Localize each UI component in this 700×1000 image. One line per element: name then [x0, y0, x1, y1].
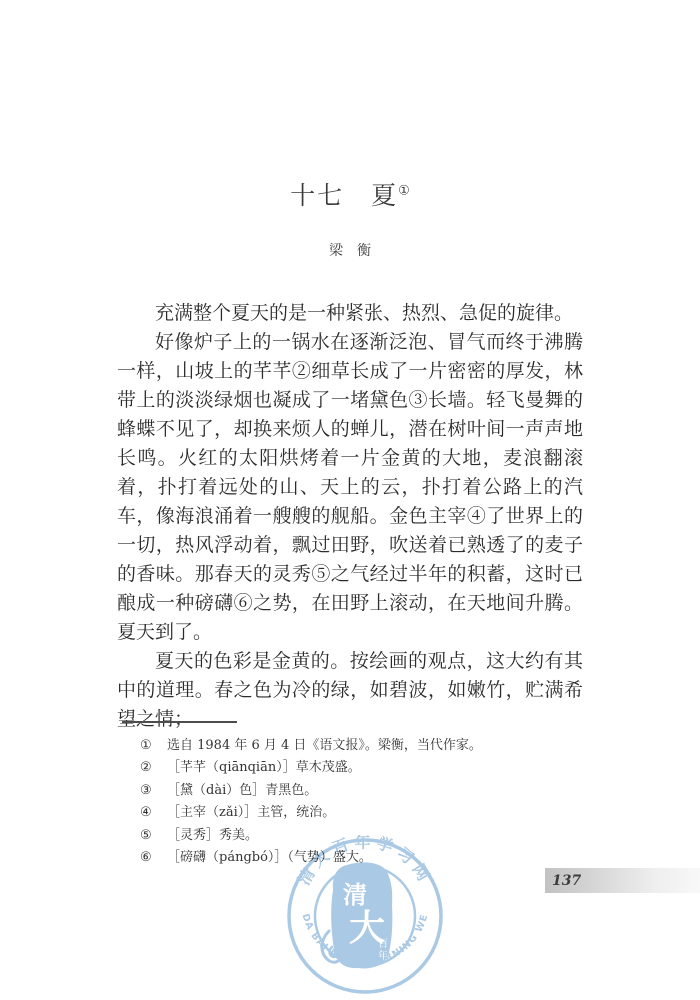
- footnote-row: ④ ［主宰（zǎi）］主管，统治。: [140, 802, 570, 824]
- body-paragraph: 好像炉子上的一锅水在逐渐泛泡、冒气而终于沸腾一样，山坡上的芊芊②细草长成了一片密…: [117, 328, 583, 647]
- footnote-text: ［黛（dài）色］青黑色。: [167, 780, 570, 802]
- stamp-seal-char-main: 大: [349, 908, 385, 949]
- footnote-row: ② ［芊芊（qiānqiān）］草木茂盛。: [140, 757, 570, 779]
- author-name: 梁 衡: [0, 240, 700, 260]
- stamp-curl-decoration: [322, 931, 341, 962]
- stamp-seal-blob: [331, 862, 392, 968]
- title-footnote-marker: ①: [398, 184, 410, 199]
- footnote-marker: ⑤: [140, 825, 167, 847]
- footnote-text: ［磅礴（pángbó）］（气势）盛大。: [167, 847, 570, 869]
- footnote-row: ③ ［黛（dài）色］青黑色。: [140, 780, 570, 802]
- footnote-text: ［主宰（zǎi）］主管，统治。: [167, 802, 570, 824]
- page-number: 137: [545, 873, 581, 889]
- stamp-curl-decoration-small: [330, 947, 334, 957]
- footnote-text: ［芊芊（qiānqiān）］草木茂盛。: [167, 757, 570, 779]
- footnote-row: ⑥ ［磅礴（pángbó）］（气势）盛大。: [140, 847, 570, 869]
- footnote-text: 选自 1984 年 6 月 4 日《语文报》。梁衡，当代作家。: [167, 735, 570, 757]
- footnote-marker: ③: [140, 780, 167, 802]
- lesson-title-text: 十七 夏: [290, 181, 398, 210]
- footnote-marker: ②: [140, 757, 167, 779]
- footnote-marker: ④: [140, 802, 167, 824]
- footnote-marker: ①: [140, 735, 167, 757]
- footnote-text: ［灵秀］秀美。: [167, 825, 570, 847]
- body-paragraph: 充满整个夏天的是一种紧张、热烈、急促的旋律。: [117, 299, 583, 328]
- stamp-seal-small-top: 百: [378, 938, 388, 950]
- footnote-row: ① 选自 1984 年 6 月 4 日《语文报》。梁衡，当代作家。: [140, 735, 570, 757]
- footnote-marker: ⑥: [140, 847, 167, 869]
- stamp-seal-char-top: 清: [343, 881, 367, 909]
- textbook-page: 十七 夏① 梁 衡 充满整个夏天的是一种紧张、热烈、急促的旋律。 好像炉子上的一…: [0, 0, 700, 1000]
- footnote-divider: [122, 721, 237, 723]
- stamp-inner-ring: [315, 866, 415, 966]
- footnotes-list: ① 选自 1984 年 6 月 4 日《语文报》。梁衡，当代作家。 ② ［芊芊（…: [140, 735, 570, 869]
- page-number-bar: 137: [545, 868, 700, 893]
- body-text: 充满整个夏天的是一种紧张、热烈、急促的旋律。 好像炉子上的一锅水在逐渐泛泡、冒气…: [117, 299, 583, 734]
- footnote-row: ⑤ ［灵秀］秀美。: [140, 825, 570, 847]
- stamp-seal-small-bottom: 年: [378, 949, 388, 962]
- page-title: 十七 夏①: [0, 176, 700, 212]
